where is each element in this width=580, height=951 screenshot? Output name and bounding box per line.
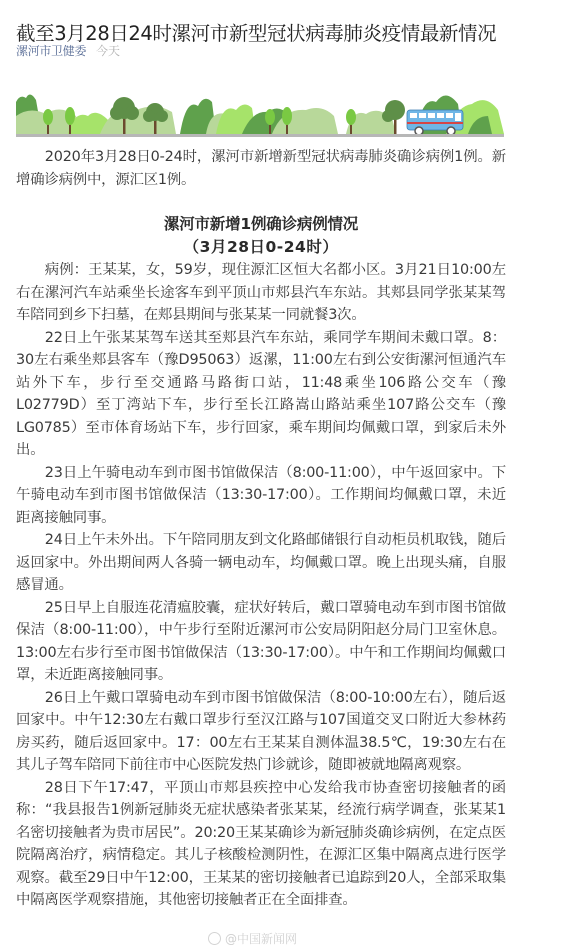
case-paragraph: 22日上午张某某驾车送其至郏县汽车东站，乘同学车期间未戴口罩。8：30左右乘坐郏… <box>16 327 506 462</box>
case-paragraph: 25日早上自服连花清瘟胶囊，症状好转后，戴口罩骑电动车到市图书馆做保洁（8:00… <box>16 597 506 687</box>
case-paragraph: 28日下午17:47，平顶山市郏县疾控中心发给我市协查密切接触者的函称：“我县报… <box>16 777 506 912</box>
watermark: @中国新闻网 <box>208 930 297 947</box>
source-account-link[interactable]: 漯河市卫健委 <box>16 44 86 58</box>
case-paragraph: 23日上午骑电动车到市图书馆做保洁（8:00-11:00），中午返回家中。下午骑… <box>16 462 506 530</box>
publish-time: 今天 <box>96 44 120 58</box>
summary-paragraph: 2020年3月28日0-24时，漯河市新增新型冠状病毒肺炎确诊病例1例。新增确诊… <box>16 146 506 191</box>
section-subheading: （3月28日0-24时） <box>16 236 506 259</box>
trees-and-bus-banner <box>16 80 504 137</box>
case-paragraph: 病例：王某某，女，59岁，现住源汇区恒大名都小区。3月21日10:00左右在漯河… <box>16 259 506 327</box>
section-heading: 漯河市新增1例确诊病例情况 <box>16 213 506 236</box>
weibo-icon <box>208 932 221 945</box>
article-body: 2020年3月28日0-24时，漯河市新增新型冠状病毒肺炎确诊病例1例。新增确诊… <box>16 140 506 912</box>
watermark-text: @中国新闻网 <box>225 930 297 947</box>
case-paragraph: 26日上午戴口罩骑电动车到市图书馆做保洁（8:00-10:00左右），随后返回家… <box>16 687 506 777</box>
case-paragraph: 24日上午未外出。下午陪同朋友到文化路邮储银行自动柜员机取钱，随后返回家中。外出… <box>16 529 506 597</box>
article-meta: 漯河市卫健委 今天 <box>16 43 120 59</box>
ground-line <box>16 134 504 137</box>
